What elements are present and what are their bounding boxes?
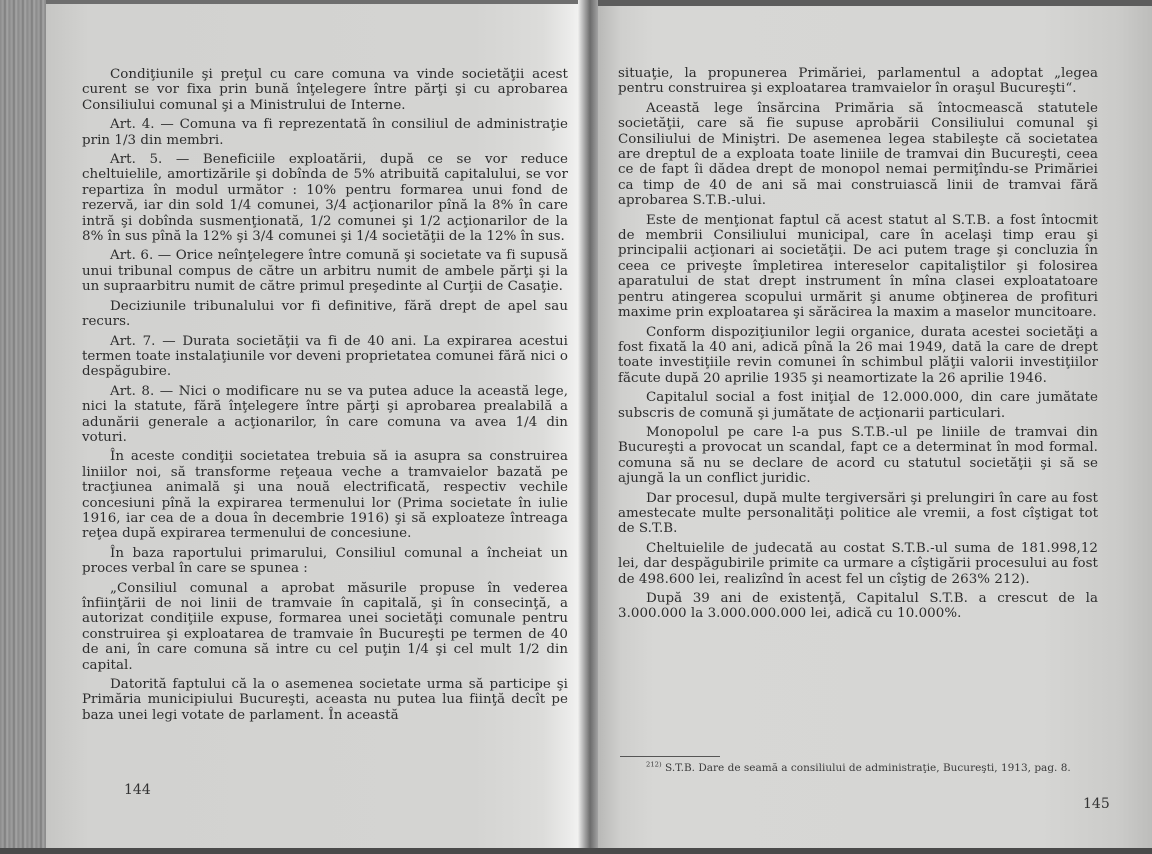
paragraph: Este de menţionat faptul că acest statut… — [618, 213, 1098, 321]
article-8: Art. 8. — Nici o modificare nu se va put… — [82, 384, 568, 446]
paragraph: Conform dispoziţiunilor legii organice, … — [618, 325, 1098, 387]
page-number-right: 145 — [1083, 796, 1110, 812]
page-stack-edge — [0, 0, 46, 854]
footnote-marker: 212) — [646, 761, 662, 769]
book-gutter — [578, 0, 600, 854]
footnote-text: S.T.B. Dare de seamă a consiliului de ad… — [665, 762, 1071, 774]
paragraph: Deciziunile tribunalului vor fi definiti… — [82, 299, 568, 330]
footnote-divider — [620, 756, 720, 757]
paragraph: În aceste condiţii societatea trebuia să… — [82, 449, 568, 541]
article-6: Art. 6. — Orice neînţelegere între comun… — [82, 248, 568, 294]
left-page-body: Condiţiunile şi preţul cu care comuna va… — [82, 67, 568, 727]
article-7: Art. 7. — Durata societăţii va fi de 40 … — [82, 334, 568, 380]
paragraph: Cheltuielile de judecată au costat S.T.B… — [618, 541, 1098, 587]
right-page-body: situaţie, la propunerea Primăriei, parla… — [618, 66, 1098, 626]
article-5: Art. 5. — Beneficiile exploatării, după … — [82, 152, 568, 244]
paragraph: Monopolul pe care l-a pus S.T.B.-ul pe l… — [618, 425, 1098, 487]
paragraph: situaţie, la propunerea Primăriei, parla… — [618, 66, 1098, 97]
paragraph: Dar procesul, după multe tergiversări şi… — [618, 491, 1098, 537]
paragraph: În baza raportului primarului, Consiliul… — [82, 546, 568, 577]
paragraph: Datorită faptului că la o asemenea socie… — [82, 677, 568, 723]
bottom-shadow — [0, 848, 1152, 854]
book-spread: Condiţiunile şi preţul cu care comuna va… — [0, 0, 1152, 854]
article-4: Art. 4. — Comuna va fi reprezentată în c… — [82, 117, 568, 148]
paragraph: Această lege însărcina Primăria să întoc… — [618, 101, 1098, 209]
paragraph: După 39 ani de existenţă, Capitalul S.T.… — [618, 591, 1098, 622]
page-number-left: 144 — [124, 782, 151, 798]
paragraph: Condiţiunile şi preţul cu care comuna va… — [82, 67, 568, 113]
paragraph: Capitalul social a fost iniţial de 12.00… — [618, 390, 1098, 421]
footnote: 212) S.T.B. Dare de seamă a consiliului … — [620, 762, 1090, 775]
quote-paragraph: „Consiliul comunal a aprobat măsurile pr… — [82, 581, 568, 673]
